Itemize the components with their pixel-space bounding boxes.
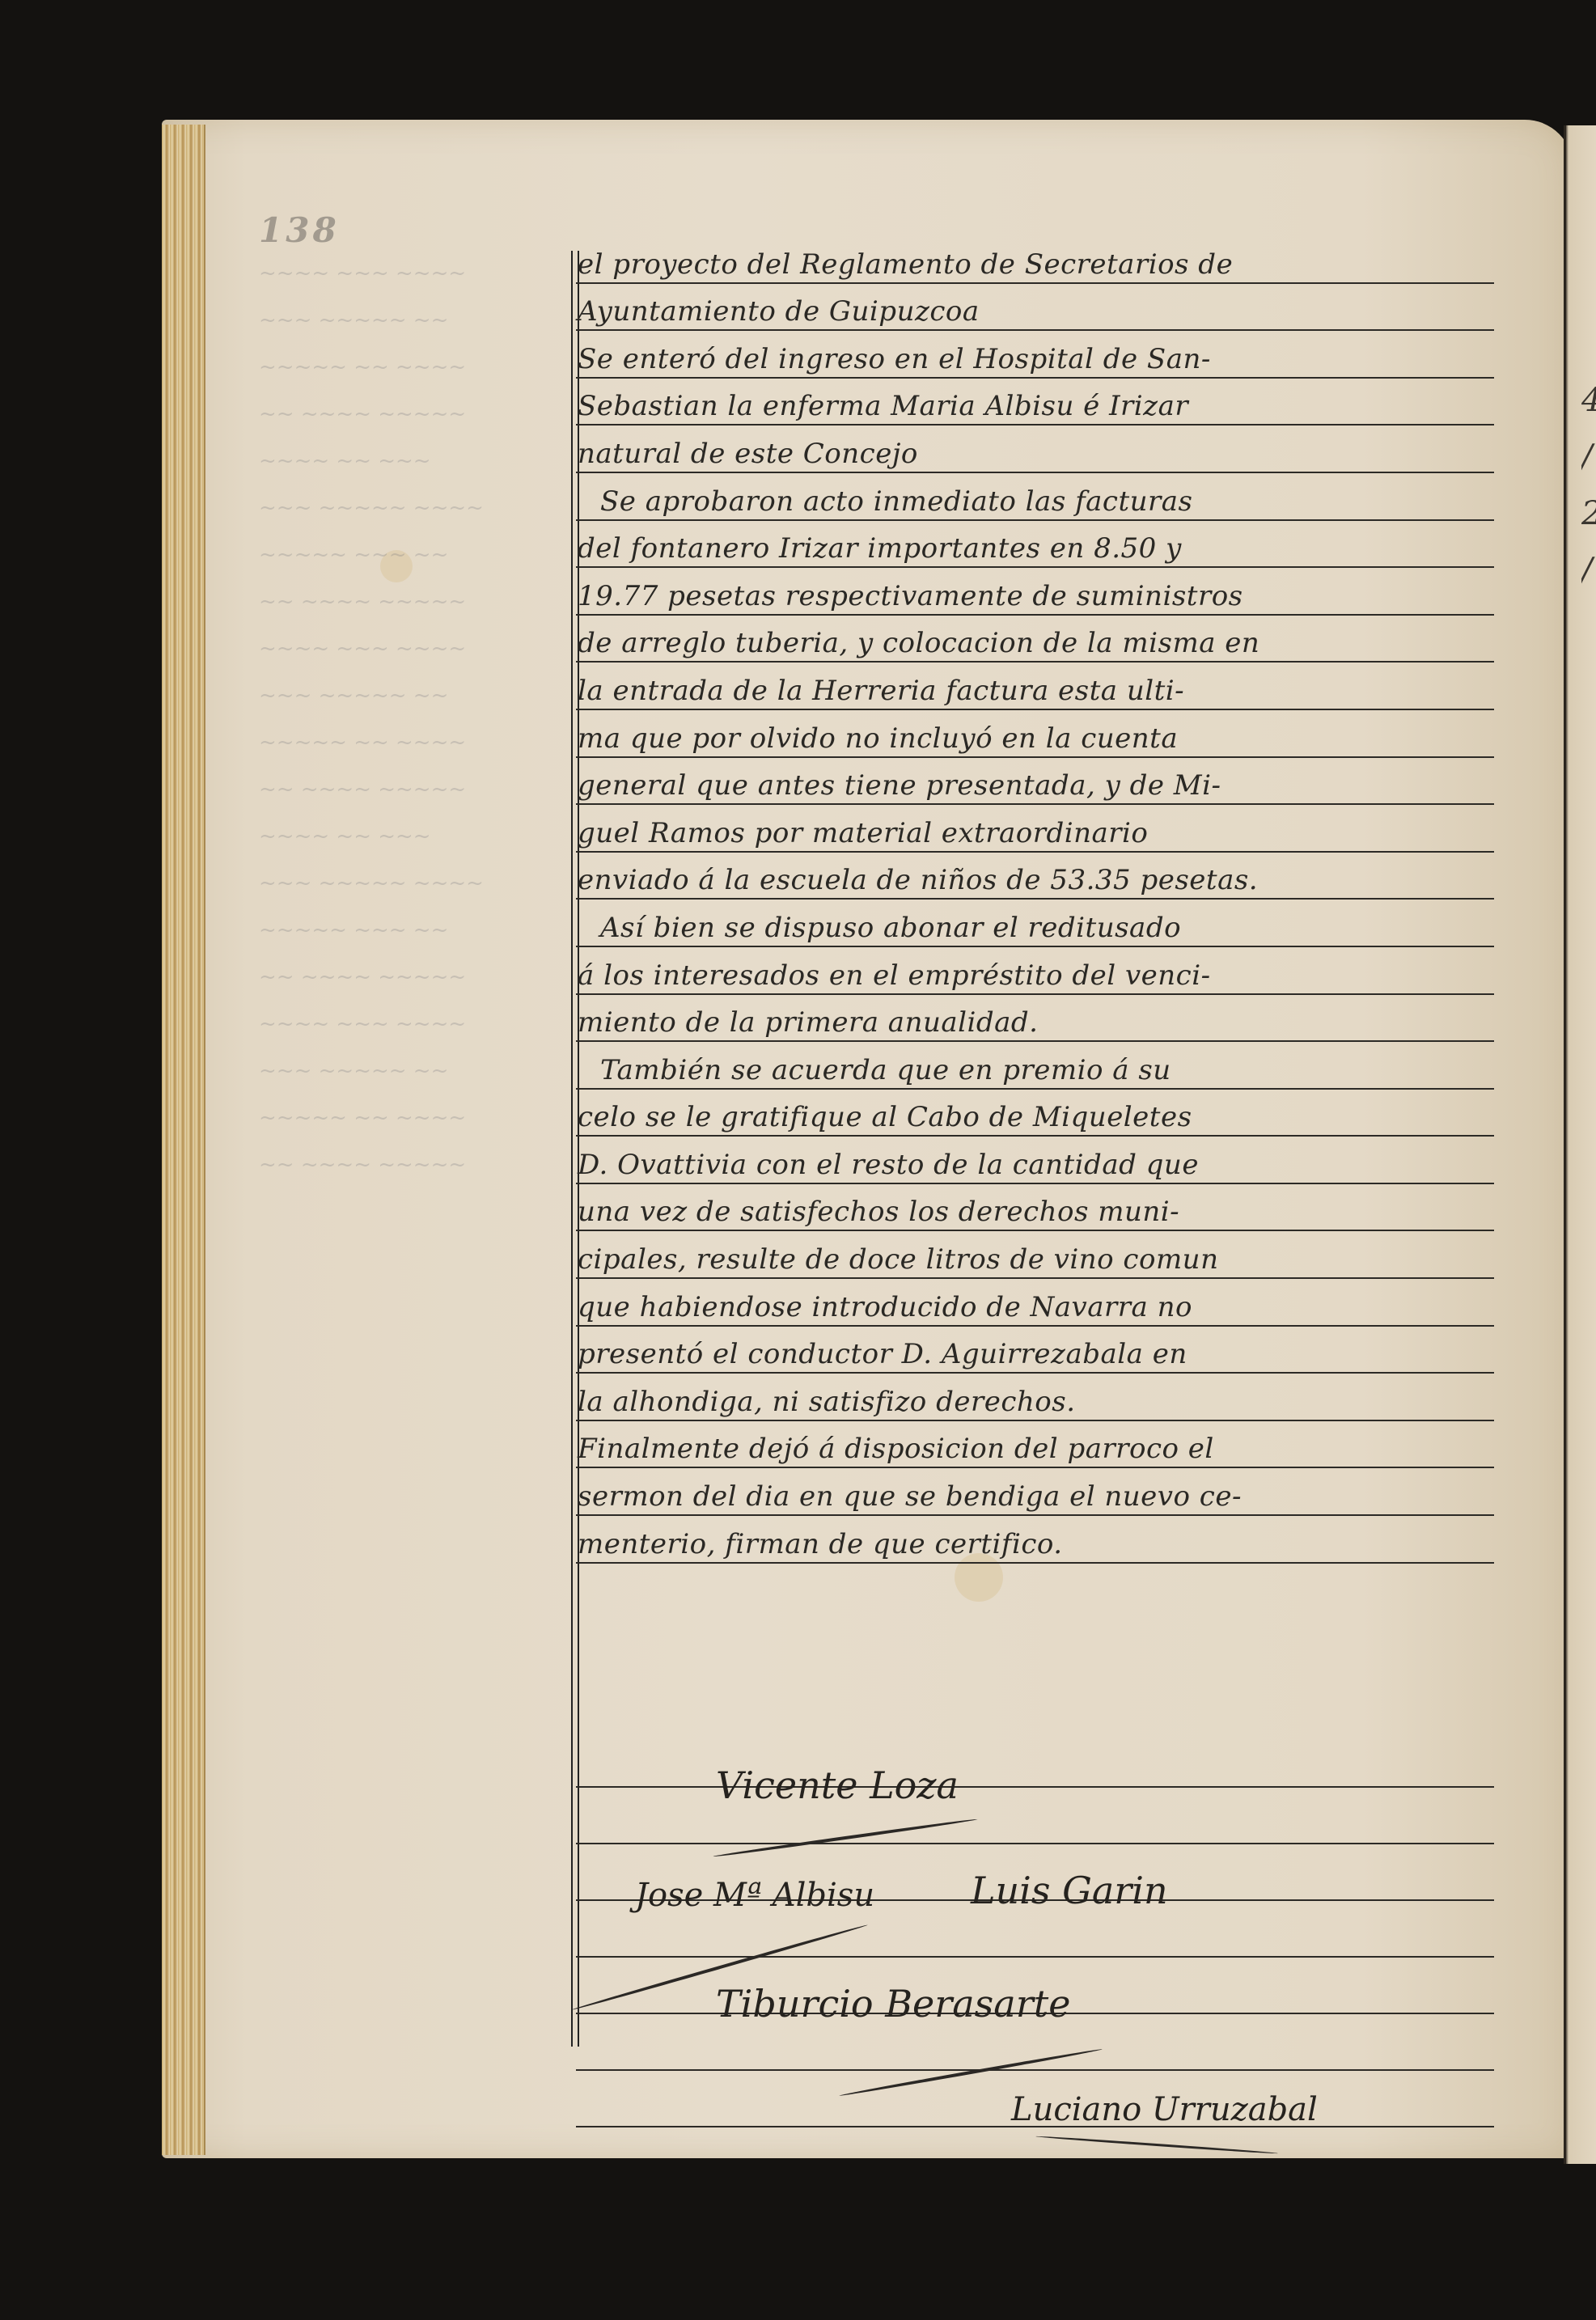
text-line: También se acuerda que en premio á su xyxy=(576,1042,1494,1090)
line-text: natural de este Concejo xyxy=(578,438,918,470)
line-text: Sebastian la enferma Maria Albisu é Iriz… xyxy=(578,390,1188,422)
line-text: de arreglo tuberia, y colocacion de la m… xyxy=(578,627,1259,659)
line-text: la alhondiga, ni satisfizo derechos. xyxy=(578,1386,1076,1418)
text-line: de arreglo tuberia, y colocacion de la m… xyxy=(576,616,1494,663)
text-line: D. Ovattivia con el resto de la cantidad… xyxy=(576,1137,1494,1184)
minutes-text-block: el proyecto del Reglamento de Secretario… xyxy=(576,236,1494,1564)
line-text: presentó el conductor D. Aguirrezabala e… xyxy=(578,1338,1187,1370)
text-line: el proyecto del Reglamento de Secretario… xyxy=(576,236,1494,284)
signature-tiburcio-berasarte: Tiburcio Berasarte xyxy=(716,1982,1070,2026)
text-line: que habiendose introducido de Navarra no xyxy=(576,1279,1494,1327)
line-text: Se aprobaron acto inmediato las facturas xyxy=(600,485,1193,518)
text-line: miento de la primera anualidad. xyxy=(576,995,1494,1043)
line-text: miento de la primera anualidad. xyxy=(578,1006,1039,1039)
line-text: cipales, resulte de doce litros de vino … xyxy=(578,1243,1218,1276)
line-text: el proyecto del Reglamento de Secretario… xyxy=(578,248,1233,281)
text-line: Se enteró del ingreso en el Hospital de … xyxy=(576,331,1494,379)
signature-vicente-loza: Vicente Loza xyxy=(716,1763,959,1807)
line-text: del fontanero Irizar importantes en 8.50… xyxy=(578,532,1182,565)
signature-luciano-urruzabal: Luciano Urruzabal xyxy=(1011,2091,1318,2128)
line-text: la entrada de la Herreria factura esta u… xyxy=(578,675,1184,707)
line-text: D. Ovattivia con el resto de la cantidad… xyxy=(578,1149,1199,1181)
text-line: Finalmente dejó á disposicion del parroc… xyxy=(576,1421,1494,1469)
blank-ruled-line xyxy=(576,1731,1494,1788)
line-text: Se enteró del ingreso en el Hospital de … xyxy=(578,343,1211,375)
line-text: sermon del dia en que se bendiga el nuev… xyxy=(578,1480,1242,1513)
line-text: 19.77 pesetas respectivamente de suminis… xyxy=(578,580,1243,612)
text-line: Ayuntamiento de Guipuzcoa xyxy=(576,284,1494,332)
line-text: celo se le gratifique al Cabo de Miquele… xyxy=(578,1101,1192,1133)
bleed-page-number: 138 xyxy=(259,210,534,250)
text-line: 19.77 pesetas respectivamente de suminis… xyxy=(576,568,1494,616)
line-text: que habiendose introducido de Navarra no xyxy=(578,1291,1192,1323)
text-line: á los interesados en el empréstito del v… xyxy=(576,947,1494,995)
line-text: guel Ramos por material extraordinario xyxy=(578,817,1148,849)
text-line: general que antes tiene presentada, y de… xyxy=(576,758,1494,806)
text-line: la entrada de la Herreria factura esta u… xyxy=(576,663,1494,710)
text-line: natural de este Concejo xyxy=(576,425,1494,473)
line-text: enviado á la escuela de niños de 53.35 p… xyxy=(578,864,1258,896)
line-text: una vez de satisfechos los derechos muni… xyxy=(578,1196,1179,1228)
line-text: general que antes tiene presentada, y de… xyxy=(578,769,1221,802)
page-edge-stack xyxy=(162,125,205,2155)
text-line: menterio, firman de que certifico. xyxy=(576,1516,1494,1564)
facing-page-text-fragment: 4/2/ xyxy=(1581,372,1596,599)
binding-line xyxy=(1564,125,1566,2164)
blank-ruled-line xyxy=(576,1788,1494,1844)
text-line: ma que por olvido no incluyó en la cuent… xyxy=(576,710,1494,758)
text-line: Se aprobaron acto inmediato las facturas xyxy=(576,473,1494,521)
text-line: Sebastian la enferma Maria Albisu é Iriz… xyxy=(576,379,1494,426)
text-line: sermon del dia en que se bendiga el nuev… xyxy=(576,1468,1494,1516)
text-line: del fontanero Irizar importantes en 8.50… xyxy=(576,521,1494,569)
text-line: cipales, resulte de doce litros de vino … xyxy=(576,1231,1494,1279)
line-text: Finalmente dejó á disposicion del parroc… xyxy=(578,1433,1214,1465)
text-line: Así bien se dispuso abonar el reditusado xyxy=(576,900,1494,947)
text-line: enviado á la escuela de niños de 53.35 p… xyxy=(576,853,1494,900)
text-line: una vez de satisfechos los derechos muni… xyxy=(576,1184,1494,1232)
signature-block xyxy=(576,1731,1494,2127)
text-line: presentó el conductor D. Aguirrezabala e… xyxy=(576,1327,1494,1374)
text-line: celo se le gratifique al Cabo de Miquele… xyxy=(576,1090,1494,1137)
text-line: guel Ramos por material extraordinario xyxy=(576,805,1494,853)
line-text: á los interesados en el empréstito del v… xyxy=(578,959,1211,992)
signature-jose-albisu: Jose Mª Albisu xyxy=(635,1877,874,1914)
line-text: ma que por olvido no incluyó en la cuent… xyxy=(578,722,1178,755)
signature-luis-garin: Luis Garin xyxy=(971,1869,1168,1912)
line-text: Ayuntamiento de Guipuzcoa xyxy=(578,295,980,328)
text-line: la alhondiga, ni satisfizo derechos. xyxy=(576,1374,1494,1421)
line-text: menterio, firman de que certifico. xyxy=(578,1528,1063,1560)
bleed-through-margin: 138 ~~~~ ~~~ ~~~~ ~~~ ~~~~~ ~~ ~~~~~ ~~ … xyxy=(259,210,534,1188)
line-text: Así bien se dispuso abonar el reditusado xyxy=(600,912,1181,944)
line-text: También se acuerda que en premio á su xyxy=(600,1054,1171,1086)
